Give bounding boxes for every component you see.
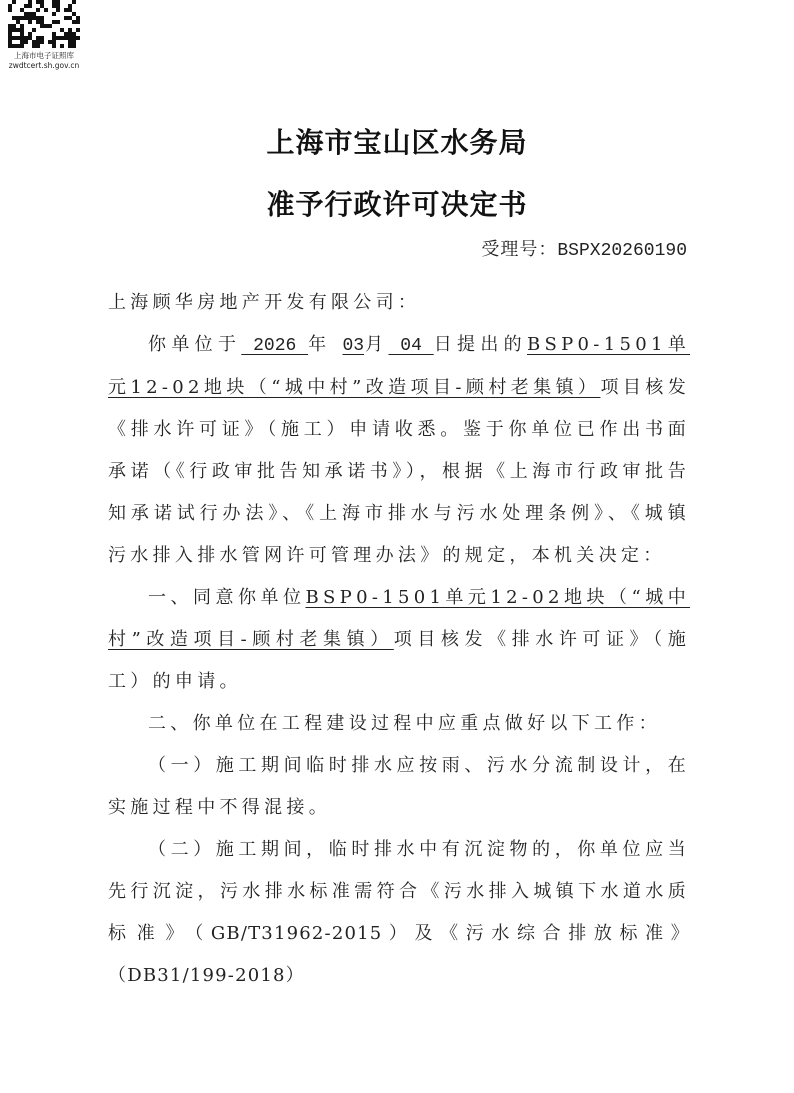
item2-mid: 及《污水综合排放标准》 xyxy=(415,923,691,944)
filing-month: 03 xyxy=(343,336,365,356)
decision-approve: 一、同意你单位BSP0-1501单元12-02地块（“城中村”改造项目-顾村老集… xyxy=(108,577,690,703)
qr-caption-url: zwdtcert.sh.gov.cn xyxy=(6,61,82,70)
requirement-item-1: （一）施工期间临时排水应按雨、污水分流制设计，在实施过程中不得混接。 xyxy=(108,745,690,829)
qr-code-image xyxy=(8,0,80,50)
reference-number: 受理号：BSPX20260190 xyxy=(481,235,687,261)
qr-code-block: 上海市电子证照库 zwdtcert.sh.gov.cn xyxy=(6,0,82,70)
filing-day: 04 xyxy=(388,336,433,356)
requirement-item-2: （二）施工期间，临时排水中有沉淀物的，你单位应当先行沉淀，污水排水标准需符合《污… xyxy=(108,829,690,997)
year-unit: 年 xyxy=(308,334,331,355)
para1-prefix: 你单位于 xyxy=(148,334,241,355)
month-unit: 月 xyxy=(364,334,388,355)
reference-label: 受理号： xyxy=(481,239,557,260)
day-unit: 日提出的 xyxy=(434,334,527,355)
decision1-prefix: 一、同意你单位 xyxy=(148,587,306,608)
item2-standard-1: （GB/T31962-2015） xyxy=(194,923,414,944)
item2-standard-2: （DB31/199-2018） xyxy=(108,965,305,986)
decision-requirements-heading: 二、你单位在工程建设过程中应重点做好以下工作： xyxy=(108,703,690,745)
filing-year: 2026 xyxy=(241,336,308,356)
agency-title: 上海市宝山区水务局 xyxy=(0,121,794,161)
para1-rest: 项目核发《排水许可证》（施工）申请收悉。鉴于你单位已作出书面承诺（《行政审批告知… xyxy=(108,377,690,566)
document-title: 准予行政许可决定书 xyxy=(0,183,794,223)
reference-value: BSPX20260190 xyxy=(557,241,687,261)
paragraph-application: 你单位于 2026 年 03月 04 日提出的BSP0-1501单元12-02地… xyxy=(108,324,690,577)
document-body: 上海顾华房地产开发有限公司： 你单位于 2026 年 03月 04 日提出的BS… xyxy=(108,282,690,997)
addressee: 上海顾华房地产开发有限公司： xyxy=(108,282,690,324)
qr-caption-title: 上海市电子证照库 xyxy=(6,51,82,60)
